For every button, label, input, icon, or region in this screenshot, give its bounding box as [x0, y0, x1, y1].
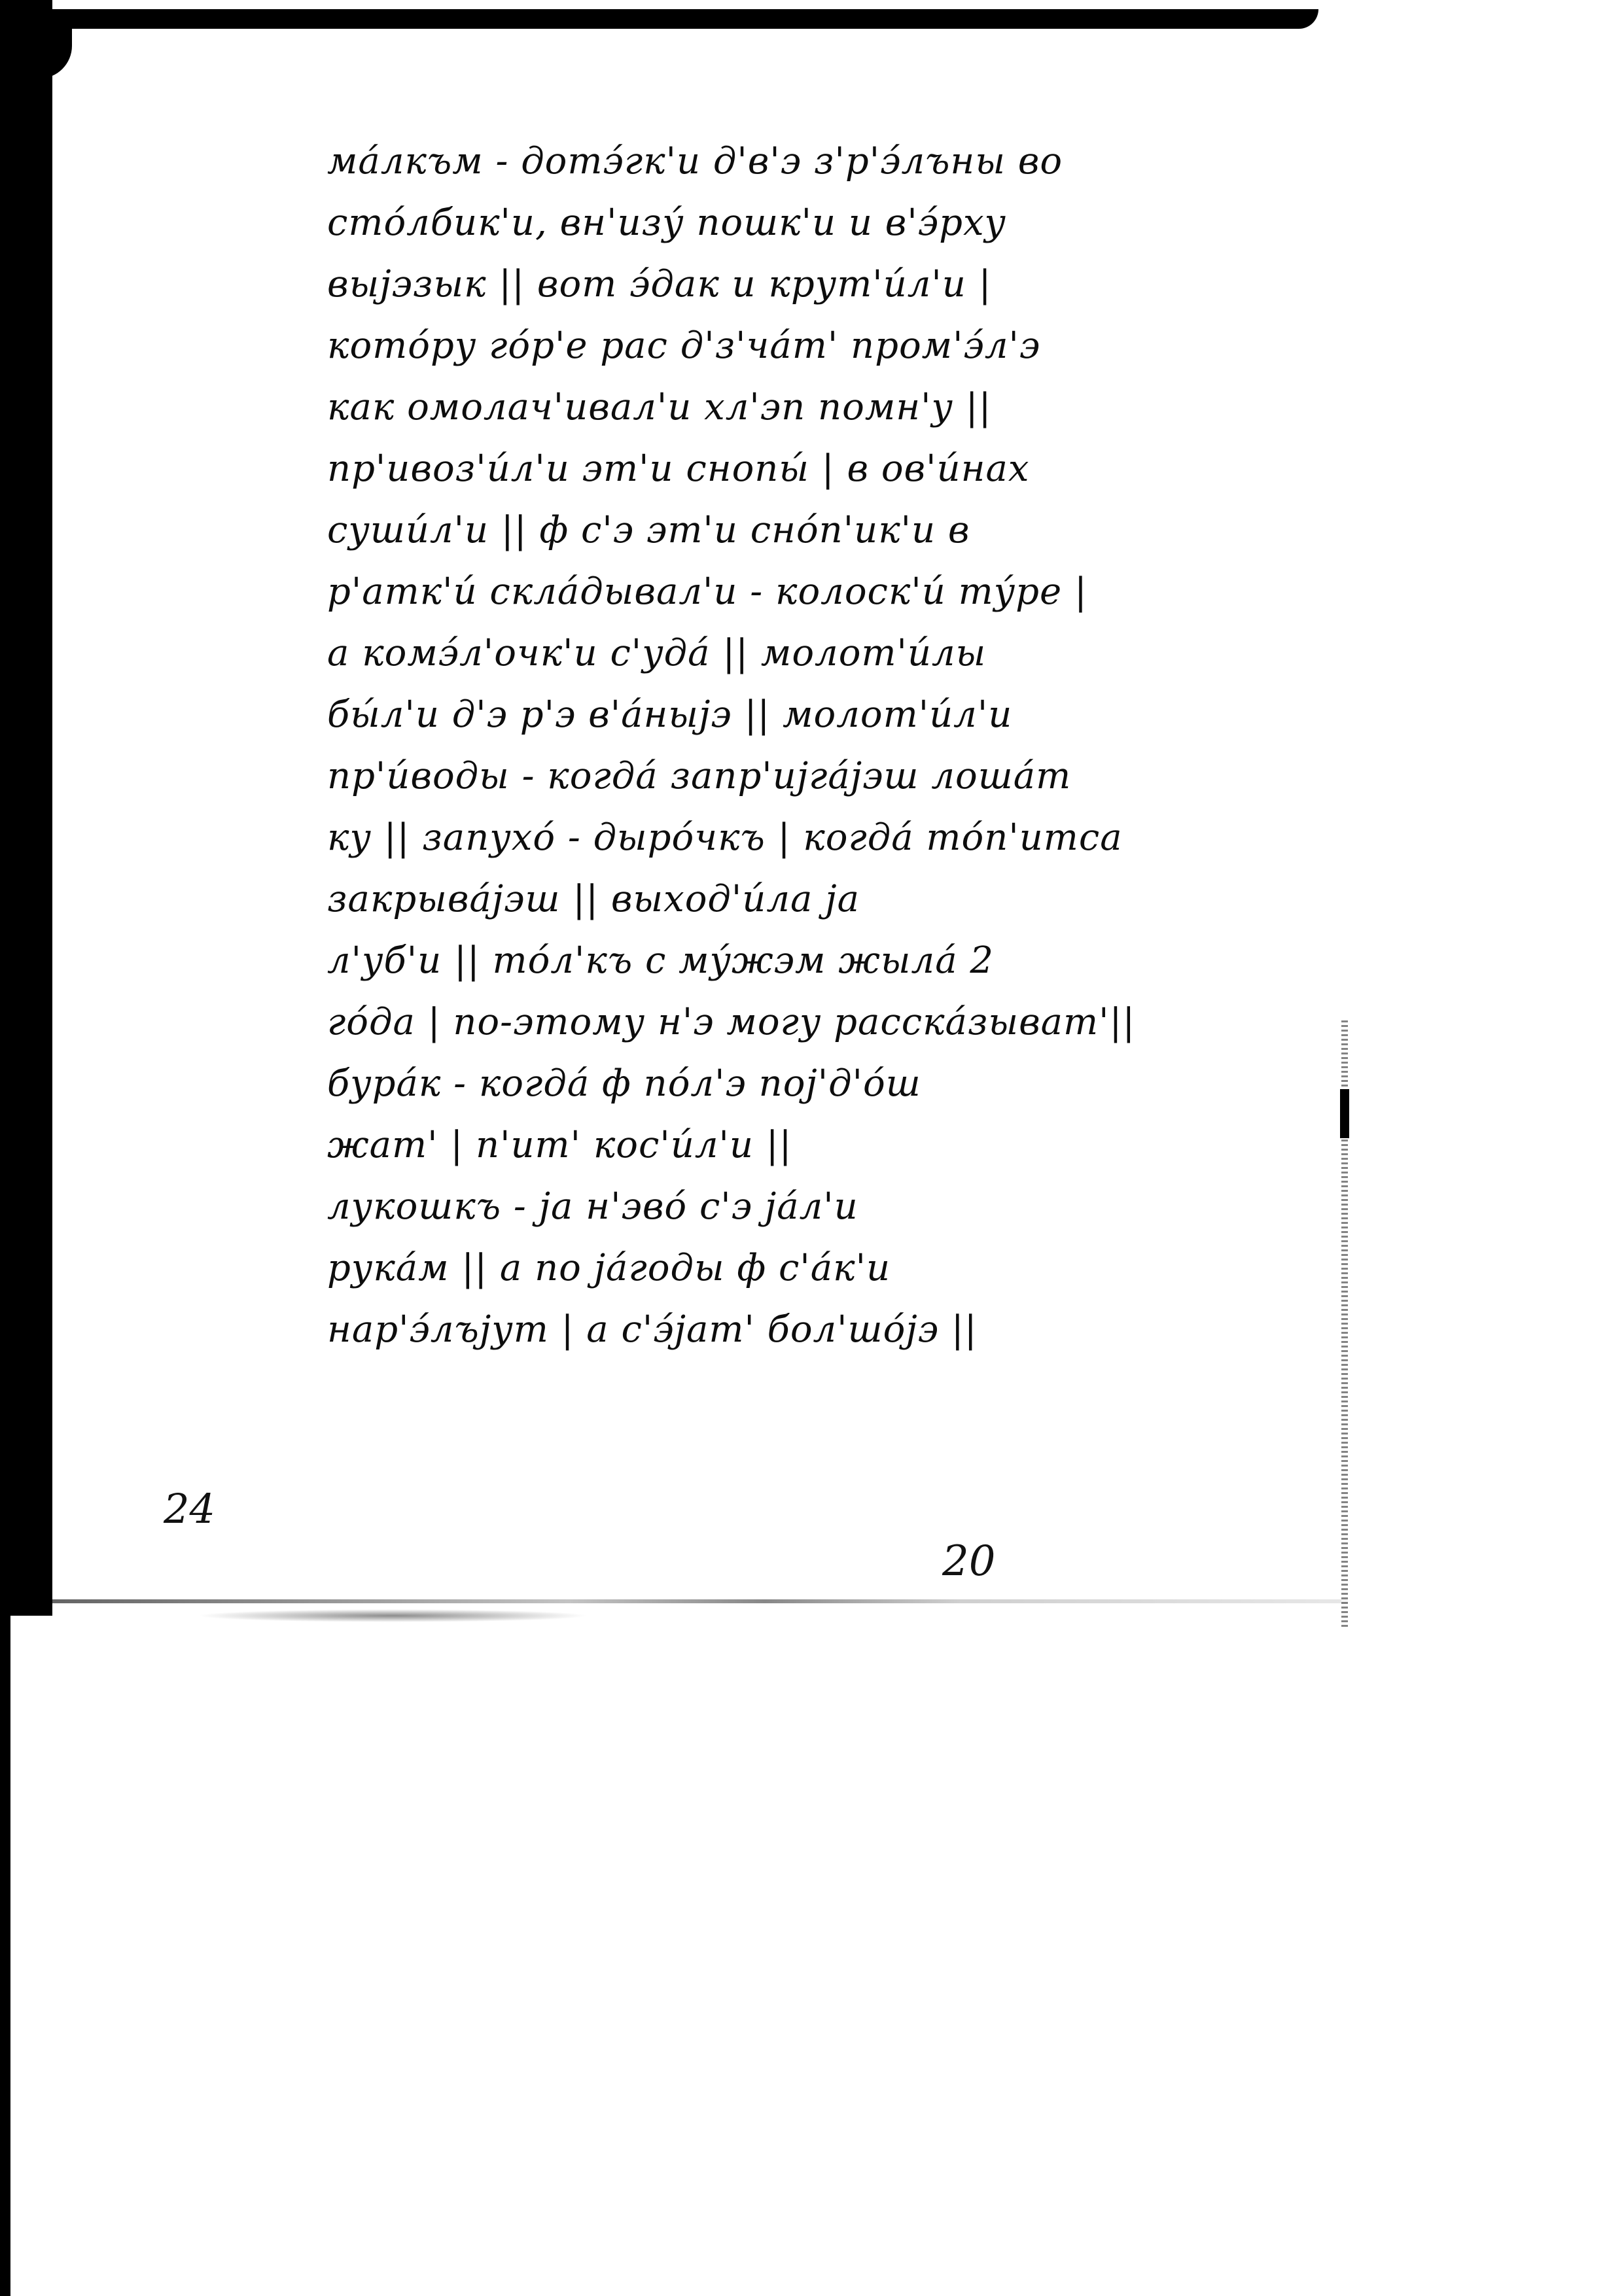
scan-smudge	[196, 1609, 589, 1622]
text-line: как омолач'ивал'и хл'эп помн'у ||	[327, 377, 1348, 438]
text-line: выјэзык || вот э́дак и крут'и́л'и |	[327, 254, 1348, 315]
text-line: ма́лкъм - дотэ́гк'и д'в'э з'р'э́лъны во	[327, 131, 1348, 192]
text-line: р'атк'и́ скла́дывал'и - колоск'и́ ту́ре …	[327, 561, 1348, 623]
text-line: л'уб'и || то́л'къ с му́жэм жыла́ 2	[327, 930, 1348, 992]
text-line: го́да | по-этому н'э могу расска́зыват'|…	[327, 992, 1348, 1053]
text-line: ку || запухо́ - дыро́чкъ | когда́ то́п'и…	[327, 807, 1348, 869]
text-line: суши́л'и || ф с'э эт'и сно́п'ик'и в	[327, 500, 1348, 561]
text-line: нар'э́лъјут | а с'э́јат' бол'шо́јэ ||	[327, 1299, 1348, 1361]
scan-binding-border-left-lower	[0, 1616, 10, 2296]
text-line: жат' | п'ит' кос'и́л'и ||	[327, 1115, 1348, 1176]
text-line: бура́к - когда́ ф по́л'э пој'д'о́ш	[327, 1053, 1348, 1115]
handwritten-text-block: ма́лкъм - дотэ́гк'и д'в'э з'р'э́лъны во …	[327, 131, 1348, 1361]
text-line: сто́лбик'и, вн'изу́ пошк'и и в'э́рху	[327, 192, 1348, 254]
text-line: кото́ру го́р'е рас д'з'ча́т' пром'э́л'э	[327, 315, 1348, 377]
page-number: 20	[942, 1537, 995, 1586]
scan-artifact-notch	[0, 1060, 20, 1079]
text-line: рука́м || а по ја́годы ф с'а́к'и	[327, 1238, 1348, 1299]
scan-binding-border-left	[0, 0, 52, 1616]
text-line: а комэ́л'очк'и с'уда́ || молот'и́лы	[327, 623, 1348, 684]
text-line: лукошкъ - ја н'эво́ с'э ја́л'и	[327, 1176, 1348, 1238]
text-line: бы́л'и д'э р'э в'а́ныјэ || молот'и́л'и	[327, 684, 1348, 746]
scan-binding-corner	[39, 20, 72, 78]
text-line: пр'ивоз'и́л'и эт'и снопы́ | в ов'и́нах	[327, 438, 1348, 500]
scan-binding-border-top	[20, 9, 1318, 29]
margin-note: 24	[164, 1485, 215, 1533]
text-line: закрыва́јэш || выход'и́ла ја	[327, 869, 1348, 930]
text-line: пр'и́воды - когда́ запр'иjга́јэш лоша́т	[327, 746, 1348, 807]
scan-page-bottom-edge	[52, 1599, 1348, 1603]
